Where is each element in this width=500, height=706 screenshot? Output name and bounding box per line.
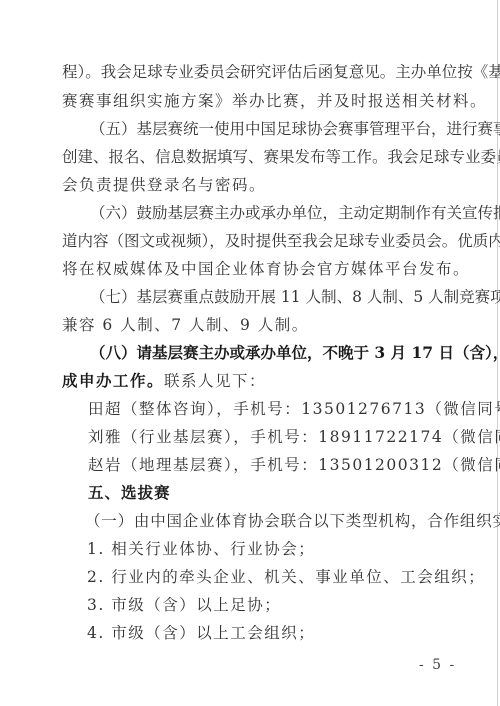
paragraph-line-1: 程）。我会足球专业委员会研究评估后函复意见。主办单位按《基层 (62, 61, 462, 83)
item-5-line-2: 创建、报名、信息数据填写、赛果发布等工作。我会足球专业委员 (62, 146, 462, 168)
item-5-line-1: （五）基层赛统一使用中国足球协会赛事管理平台，进行赛事 (90, 118, 462, 140)
contact-zhao-yan: 赵岩（地理基层赛），手机号：13501200312（微信同号）。 (88, 454, 488, 476)
item-7-line-2: 兼容 6 人制、7 人制、9 人制。 (62, 314, 462, 336)
list-item-4: 4. 市级（含）以上工会组织； (87, 622, 487, 644)
contact-liu-ya: 刘雅（行业基层赛），手机号：18911722174（微信同号）； (88, 426, 488, 448)
item-8-bold-tail: 成申办工作。 (62, 371, 164, 390)
list-item-2: 2. 行业内的牵头企业、机关、事业单位、工会组织； (87, 566, 487, 588)
subsection-1: （一）由中国企业体育协会联合以下类型机构，合作组织实施。 (85, 510, 485, 532)
item-5-line-3: 会负责提供登录名与密码。 (62, 174, 462, 196)
list-item-3: 3. 市级（含）以上足协； (87, 594, 487, 616)
item-6-line-3: 将在权威媒体及中国企业体育协会官方媒体平台发布。 (62, 258, 462, 280)
section-heading-selection: 五、选拔赛 (88, 482, 488, 504)
item-8-line-1: （八）请基层赛主办或承办单位，不晚于 3 月 17 日（含），完 (90, 342, 462, 364)
item-6-line-2: 道内容（图文或视频），及时提供至我会足球专业委员会。优质内容 (62, 230, 462, 252)
item-8-line-2: 成申办工作。联系人见下： (62, 370, 462, 392)
item-6-line-1: （六）鼓励基层赛主办或承办单位，主动定期制作有关宣传报 (90, 202, 462, 224)
list-item-1: 1. 相关行业体协、行业协会； (87, 538, 487, 560)
page-number: - 5 - (419, 657, 456, 673)
document-page: 程）。我会足球专业委员会研究评估后函复意见。主办单位按《基层 赛赛事组织实施方案… (0, 0, 500, 706)
item-7-line-1: （七）基层赛重点鼓励开展 11 人制、8 人制、5 人制竞赛项目， (90, 286, 462, 308)
item-8-normal-tail: 联系人见下： (164, 372, 266, 390)
contact-tian-chao: 田超（整体咨询），手机号：13501276713（微信同号）； (88, 398, 488, 420)
paragraph-line-2: 赛赛事组织实施方案》举办比赛，并及时报送相关材料。 (62, 90, 462, 112)
